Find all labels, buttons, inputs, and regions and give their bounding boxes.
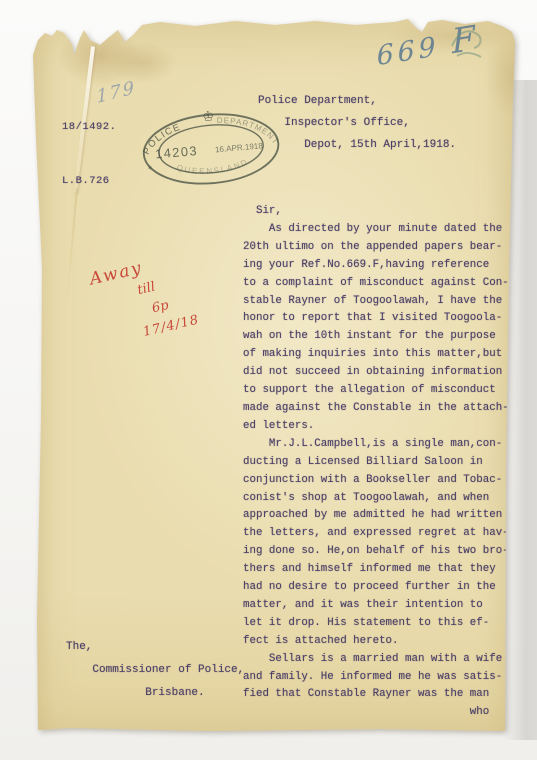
letter-body: Sir, As directed by your minute dated th… [243,203,509,722]
stamp-star-icon: ✶ [147,163,154,173]
blue-number-digits: 669 [376,31,440,72]
address-line: The, [66,636,244,659]
file-number-ref: 18/1492. [62,118,116,136]
address-line: Brisbane. [66,682,244,705]
body-line: ing done so. He,on behalf of his two bro… [243,543,509,561]
pencil-squiggle-mark [450,24,486,64]
body-line: had no desire to proceed further in the [243,579,509,597]
red-annotation-line: 17/4/18 [141,310,201,343]
address-line: Commissioner of Police, [66,659,244,682]
body-line: conist's shop at Toogoolawah, and when [243,490,509,508]
body-line: approached by me admitted he had written [243,507,509,525]
body-line: thers and himself informed me that they [243,561,509,579]
paper-sheet: 18/1492. L.B.726 179 669 F POLICE DEPART… [30,18,520,733]
letterhead-line: Depot, 15th April,1918. [258,134,456,156]
letterhead-line: Inspector's Office, [258,112,456,134]
crown-icon: ♔ [202,108,215,124]
body-line: conjunction with a Bookseller and Tobac- [243,472,509,490]
body-line: wah on the 10th instant for the purpose [243,328,509,346]
body-line: As directed by your minute dated the [243,221,509,239]
body-line: Sellars is a married man with a wife [243,651,509,669]
letter-paper: 18/1492. L.B.726 179 669 F POLICE DEPART… [30,18,520,733]
body-line: 20th ultimo on the appended papers bear- [243,239,509,257]
body-line: did not succeed in obtaining information [243,364,509,382]
red-ink-annotation: Awaytill6p17/4/18 [88,248,202,352]
addressee-block: The, Commissioner of Police, Brisbane. [66,636,244,705]
body-line: ed letters. [243,418,509,436]
body-line: to a complaint of misconduct against Con… [243,275,509,293]
body-line: let it drop. His statement to this ef- [243,615,509,633]
stamp-number: 14203 [155,143,199,162]
body-line: honor to report that I visited Toogoola- [243,310,509,328]
body-line: of making inquiries into this matter,but [243,346,509,364]
body-line: matter, and it was their intention to [243,597,509,615]
body-line: stable Rayner of Toogoolawah, I have the [243,293,509,311]
body-line: and family. He informed me he was satis- [243,669,509,687]
body-line: to support the allegation of misconduct [243,382,509,400]
body-line: ing your Ref.No.669.F,having reference [243,257,509,275]
letterhead-line: Police Department, [258,90,456,112]
letterhead: Police Department, Inspector's Office, D… [258,90,456,156]
body-line: made against the Constable in the attach… [243,400,509,418]
stamp-date: 16.APR.1918 [215,141,264,154]
letter-book-ref: L.B.726 [62,172,116,190]
body-line: fect is attached hereto. [243,633,509,651]
body-line: Mr.J.L.Campbell,is a single man,con- [243,436,509,454]
body-line: Sir, [243,203,509,221]
body-line: fied that Constable Rayner was the man [243,686,509,704]
body-line: who [243,704,509,722]
body-line: ducting a Licensed Billiard Saloon in [243,454,509,472]
body-line: the letters, and expressed regret at hav… [243,525,509,543]
stamp-arc-bottom-text: QUEENSLAND [175,157,251,179]
svg-text:QUEENSLAND: QUEENSLAND [175,157,251,179]
